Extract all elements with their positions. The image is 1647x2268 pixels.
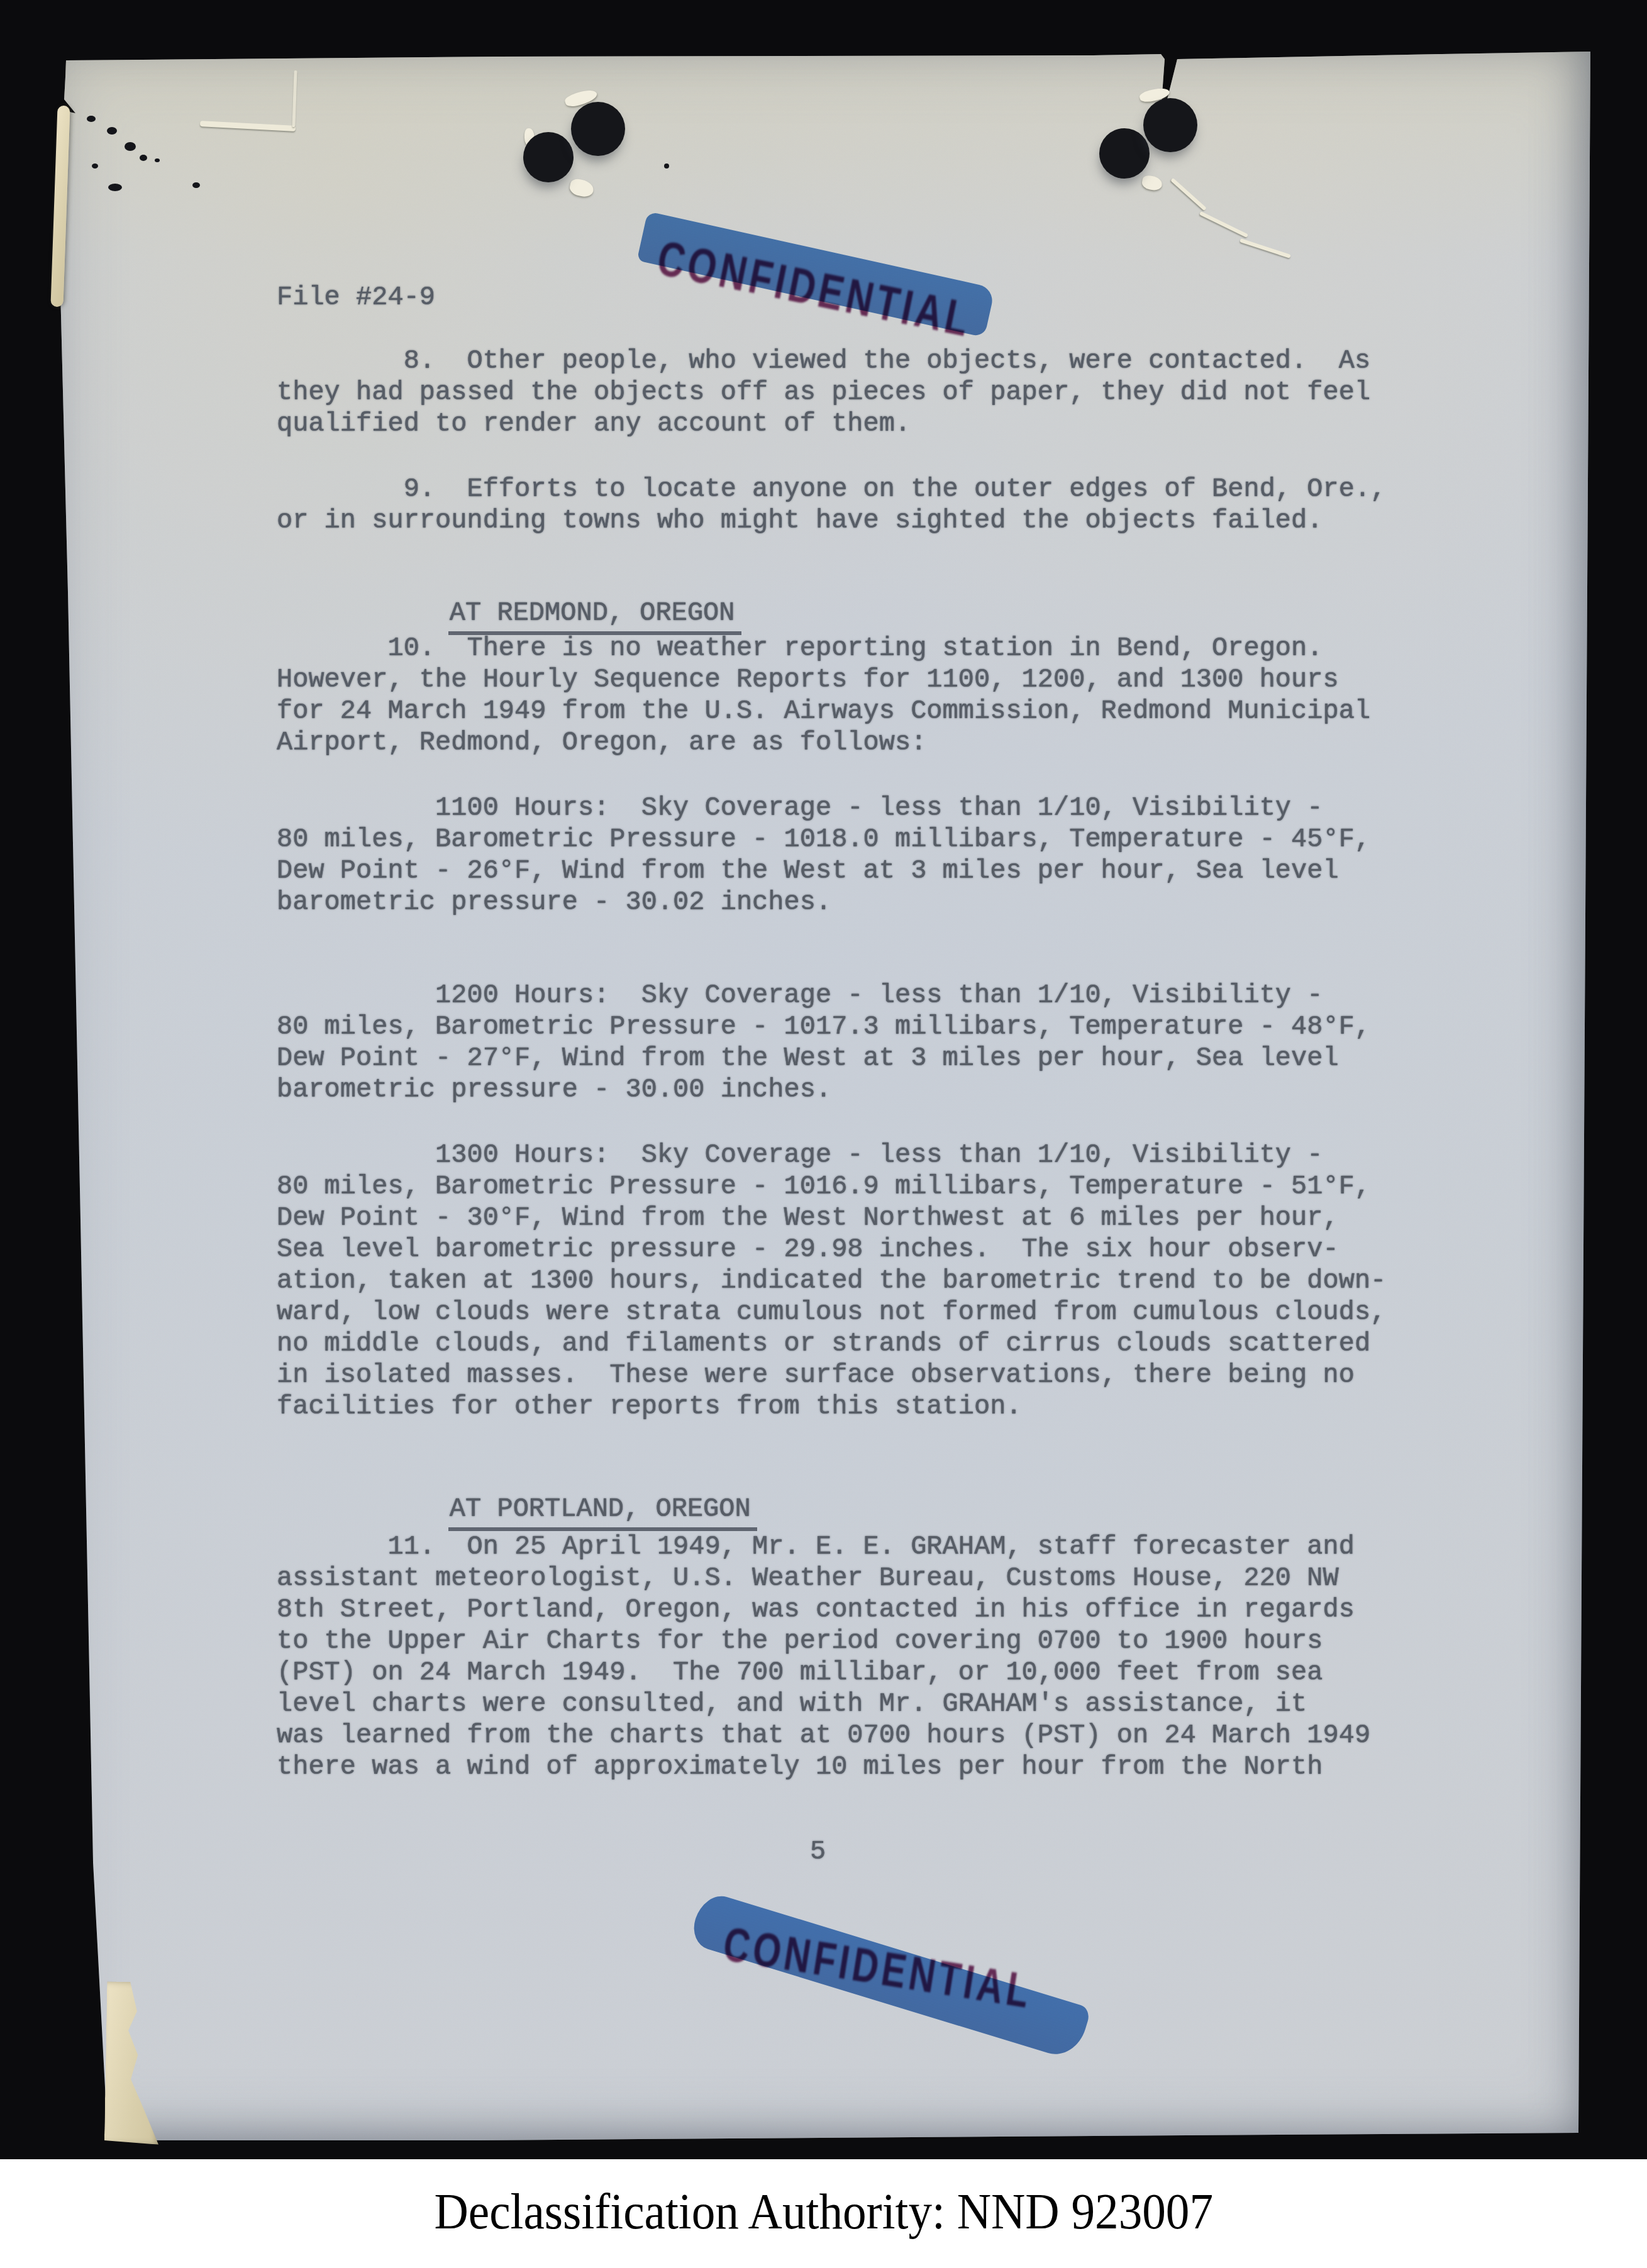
text-line: 11. On 25 April 1949, Mr. E. E. GRAHAM, … [277,1531,1370,1563]
text-line: assistant meteorologist, U.S. Weather Bu… [277,1563,1370,1594]
paragraph-10: 10. There is no weather reporting statio… [277,633,1370,758]
heading-text: AT PORTLAND, OREGON [448,1493,757,1531]
heading-text: AT REDMOND, OREGON [448,597,741,635]
text-line: 8th Street, Portland, Oregon, was contac… [277,1594,1370,1625]
text-line: Dew Point - 26°F, Wind from the West at … [277,855,1370,887]
text-line: 1200 Hours: Sky Coverage - less than 1/1… [277,980,1370,1011]
text-line: 10. There is no weather reporting statio… [277,633,1370,664]
page-number: 5 [810,1836,826,1867]
text-line: facilities for other reports from this s… [277,1391,1386,1422]
text-line: was learned from the charts that at 0700… [277,1720,1370,1751]
text-line: 80 miles, Barometric Pressure - 1017.3 m… [277,1011,1370,1043]
weather-report-1200: 1200 Hours: Sky Coverage - less than 1/1… [277,980,1370,1105]
tear-speck [140,155,147,161]
tear-speck [108,184,122,191]
paragraph-8: 8. Other people, who viewed the objects,… [277,345,1370,440]
text-line: barometric pressure - 30.02 inches. [277,887,1370,918]
text-line: no middle clouds, and filaments or stran… [277,1328,1386,1359]
text-line: 80 miles, Barometric Pressure - 1016.9 m… [277,1171,1386,1202]
text-line: ward, low clouds were strata cumulous no… [277,1297,1386,1328]
text-line: they had passed the objects off as piece… [277,377,1370,408]
text-line: (PST) on 24 March 1949. The 700 millibar… [277,1657,1370,1688]
tear-speck [125,142,136,151]
declassification-bar: Declassification Authority: NND 923007 [0,2159,1647,2268]
weather-report-1300: 1300 Hours: Sky Coverage - less than 1/1… [277,1139,1386,1422]
punch-hole-right-upper [1143,98,1197,152]
text-line: for 24 March 1949 from the U.S. Airways … [277,695,1370,727]
text-line: Dew Point - 27°F, Wind from the West at … [277,1043,1370,1074]
declassification-text: Declassification Authority: NND 923007 [434,2159,1213,2265]
tear-speck [155,158,160,162]
paragraph-9: 9. Efforts to locate anyone on the outer… [277,473,1386,536]
text-line: However, the Hourly Sequence Reports for… [277,664,1370,695]
punch-hole-right-lower [1099,128,1150,179]
text-line: barometric pressure - 30.00 inches. [277,1074,1370,1105]
file-number: File #24-9 [277,282,435,313]
tear-speck [87,116,96,122]
tear-speck [192,182,200,188]
text-line: 9. Efforts to locate anyone on the outer… [277,473,1386,505]
text-line: 8. Other people, who viewed the objects,… [277,345,1370,377]
text-line: 80 miles, Barometric Pressure - 1018.0 m… [277,824,1370,855]
text-line: Sea level barometric pressure - 29.98 in… [277,1234,1386,1265]
tear-speck [107,127,117,135]
paragraph-11: 11. On 25 April 1949, Mr. E. E. GRAHAM, … [277,1531,1370,1783]
text-line: ation, taken at 1300 hours, indicated th… [277,1265,1386,1297]
tear-speck [92,163,98,169]
weather-report-1100: 1100 Hours: Sky Coverage - less than 1/1… [277,792,1370,918]
text-line: qualified to render any account of them. [277,408,1370,440]
scanned-document-page: CONFIDENTIAL File #24-9 8. Other people,… [0,0,1647,2268]
text-line: 1300 Hours: Sky Coverage - less than 1/1… [277,1139,1386,1171]
text-line: Dew Point - 30°F, Wind from the West Nor… [277,1202,1386,1234]
punch-hole-left-upper [571,102,625,156]
text-line: 1100 Hours: Sky Coverage - less than 1/1… [277,792,1370,824]
punch-hole-left-lower [523,132,574,182]
text-line: Airport, Redmond, Oregon, are as follows… [277,727,1370,758]
tear-speck [664,163,669,169]
text-line: to the Upper Air Charts for the period c… [277,1625,1370,1657]
text-line: in isolated masses. These were surface o… [277,1359,1386,1391]
text-line: or in surrounding towns who might have s… [277,505,1386,536]
text-line: there was a wind of approximately 10 mil… [277,1751,1370,1783]
text-line: level charts were consulted, and with Mr… [277,1688,1370,1720]
